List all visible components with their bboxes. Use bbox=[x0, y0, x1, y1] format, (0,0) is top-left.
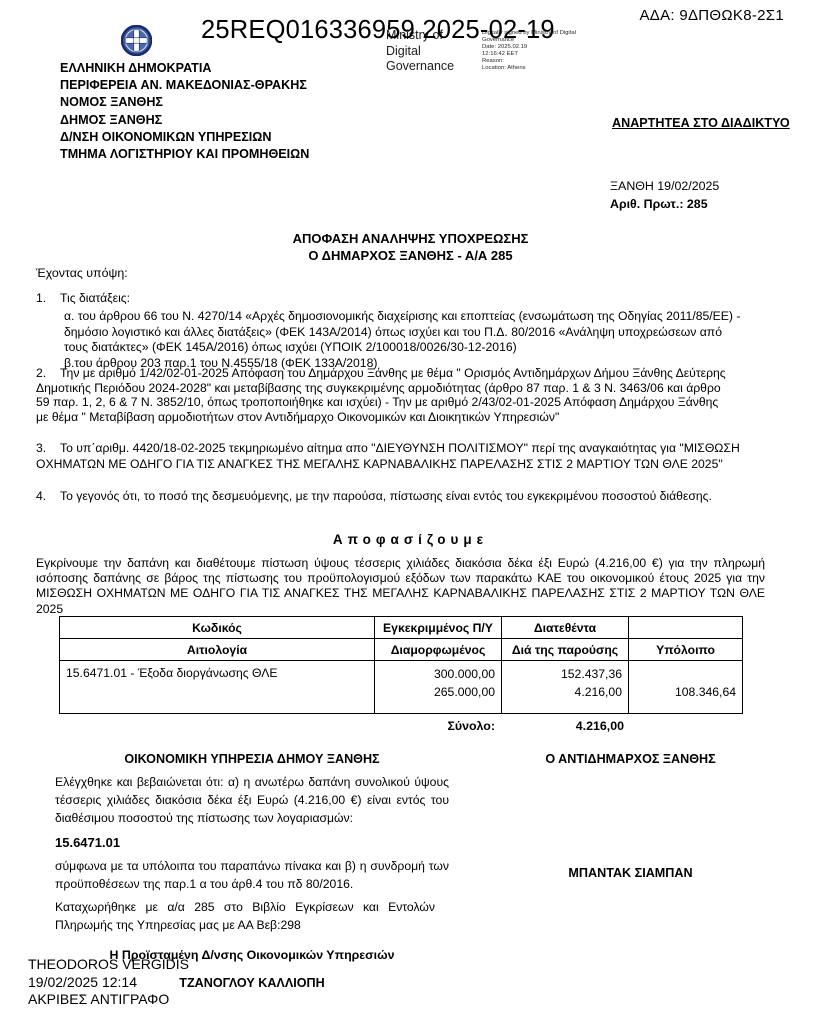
document-title: ΑΠΟΦΑΣΗ ΑΝΑΛΗΨΗΣ ΥΠΟΧΡΕΩΣΗΣ Ο ΔΗΜΑΡΧΟΣ Ξ… bbox=[0, 231, 821, 264]
place-and-date: ΞΑΝΘΗ 19/02/2025 bbox=[610, 179, 719, 193]
deputy-mayor-title: Ο ΑΝΤΙΔΗΜΑΡΧΟΣ ΞΑΝΘΗΣ bbox=[478, 752, 783, 766]
preamble-item-number: 2. bbox=[36, 366, 60, 381]
approved-line-2: 265.000,00 bbox=[381, 684, 495, 702]
document-title-line1: ΑΠΟΦΑΣΗ ΑΝΑΛΗΨΗΣ ΥΠΟΧΡΕΩΣΗΣ bbox=[0, 231, 821, 248]
preamble-item-4: 4.Το γεγονός ότι, το ποσό της δεσμευόμεν… bbox=[36, 489, 781, 503]
org-line: ΝΟΜΟΣ ΞΑΝΘΗΣ bbox=[60, 94, 309, 111]
preamble-intro: Έχοντας υπόψη: bbox=[36, 266, 128, 280]
header-by-present: Διά της παρούσης bbox=[502, 639, 629, 661]
total-value: 4.216,00 bbox=[501, 719, 628, 733]
account-code: 15.6471.01 bbox=[55, 835, 449, 850]
header-justification: Αιτιολογία bbox=[60, 639, 375, 661]
org-line: ΤΜΗΜΑ ΛΟΓΙΣΤΗΡΙΟΥ ΚΑΙ ΠΡΟΜΗΘΕΙΩΝ bbox=[60, 146, 309, 163]
org-line: ΔΗΜΟΣ ΞΑΝΘΗΣ bbox=[60, 112, 309, 129]
disbursed-line-1: 152.437,36 bbox=[508, 666, 622, 684]
preamble-item-number: 1. bbox=[36, 291, 60, 305]
preamble-item-text: Τις διατάξεις: bbox=[60, 291, 130, 305]
header-approved-budget: Εγκεκριμμένος Π/Υ bbox=[375, 617, 502, 639]
financial-service-block: ΟΙΚΟΝΟΜΙΚΗ ΥΠΗΡΕΣΙΑ ΔΗΜΟΥ ΞΑΝΘΗΣ Ελέγχθη… bbox=[55, 752, 449, 990]
deputy-mayor-block: Ο ΑΝΤΙΔΗΜΑΡΧΟΣ ΞΑΝΘΗΣ ΜΠΑΝΤΑΚ ΣΙΑΜΠΑΝ bbox=[478, 752, 783, 880]
org-line: ΕΛΛΗΝΙΚΗ ΔΗΜΟΚΡΑΤΙΑ bbox=[60, 60, 309, 77]
header-disbursed: Διατεθέντα bbox=[502, 617, 629, 639]
verification-paragraph-1: Ελέγχθηκε και βεβαιώνεται ότι: α) η ανωτ… bbox=[55, 773, 449, 827]
copy-label: ΑΚΡΙΒΕΣ ΑΝΤΙΓΡΑΦΟ bbox=[28, 991, 189, 1009]
document-number: 25REQ016336959 2025-02-19 bbox=[201, 16, 555, 45]
preamble-item-number: 4. bbox=[36, 489, 60, 503]
preamble-item-3: 3.Το υπ΄αριθμ. 4420/18-02-2025 τεκμηριωμ… bbox=[36, 440, 742, 472]
preamble-item-2: 2.Την με αριθμό 1/42/02-01-2025 Απόφαση … bbox=[36, 366, 731, 425]
budget-table: Κωδικός Εγκεκριμμένος Π/Υ Διατεθέντα Αιτ… bbox=[59, 616, 743, 714]
signature-org-line: Governance bbox=[386, 59, 478, 75]
cell-code: 15.6471.01 - Έξοδα διοργάνωσης ΘΛΕ bbox=[60, 661, 375, 714]
signature-org-line: Digital bbox=[386, 44, 478, 60]
deputy-mayor-name: ΜΠΑΝΤΑΚ ΣΙΑΜΠΑΝ bbox=[478, 866, 783, 880]
cell-approved: 300.000,00 265.000,00 bbox=[375, 661, 502, 714]
approved-line-1: 300.000,00 bbox=[381, 666, 495, 684]
header-balance: Υπόλοιπο bbox=[629, 639, 743, 661]
preamble-subitem-a: α. του άρθρου 66 του Ν. 4270/14 «Αρχές δ… bbox=[64, 309, 742, 356]
total-label: Σύνολο: bbox=[374, 719, 501, 733]
disbursed-line-2: 4.216,00 bbox=[508, 684, 622, 702]
table-total-row: Σύνολο: 4.216,00 bbox=[59, 719, 742, 733]
web-posting-note: ΑΝΑΡΤΗΤΕΑ ΣΤΟ ΔΙΑΔΙΚΤΥΟ bbox=[612, 116, 790, 130]
signature-date: Date: 2025.02.19 bbox=[482, 44, 582, 51]
financial-service-title: ΟΙΚΟΝΟΜΙΚΗ ΥΠΗΡΕΣΙΑ ΔΗΜΟΥ ΞΑΝΘΗΣ bbox=[55, 752, 449, 766]
decision-heading: Αποφασίζουμε bbox=[0, 532, 821, 547]
header-empty bbox=[629, 617, 743, 639]
document-page: ΑΔΑ: 9ΔΠΘΩΚ8-2Σ1 25REQ016336959 2025-02-… bbox=[0, 0, 821, 1024]
issuing-org-block: ΕΛΛΗΝΙΚΗ ΔΗΜΟΚΡΑΤΙΑ ΠΕΡΙΦΕΡΕΙΑ ΑΝ. ΜΑΚΕΔ… bbox=[60, 60, 309, 163]
preamble-item-text: Την με αριθμό 1/42/02-01-2025 Απόφαση το… bbox=[36, 366, 726, 424]
table-header-row-1: Κωδικός Εγκεκριμμένος Π/Υ Διατεθέντα bbox=[60, 617, 743, 639]
header-formed: Διαμορφωμένος bbox=[375, 639, 502, 661]
table-header-row-2: Αιτιολογία Διαμορφωμένος Διά της παρούση… bbox=[60, 639, 743, 661]
cell-disbursed: 152.437,36 4.216,00 bbox=[502, 661, 629, 714]
preamble-item-1: 1.Τις διατάξεις: bbox=[36, 291, 130, 305]
decision-paragraph: Εγκρίνουμε την δαπάνη και διαθέτουμε πίσ… bbox=[36, 556, 765, 617]
balance-value: 108.346,64 bbox=[635, 684, 736, 702]
preamble-item-1-subitems: α. του άρθρου 66 του Ν. 4270/14 «Αρχές δ… bbox=[64, 309, 742, 371]
certified-copy-stamp: THEODOROS VERGIDIS 19/02/2025 12:14 ΑΚΡΙ… bbox=[28, 956, 189, 1009]
header-code: Κωδικός bbox=[60, 617, 375, 639]
registration-note: Καταχωρήθηκε με α/α 285 στο Βιβλίο Εγκρί… bbox=[55, 898, 435, 934]
org-line: ΠΕΡΙΦΕΡΕΙΑ ΑΝ. ΜΑΚΕΔΟΝΙΑΣ-ΘΡΑΚΗΣ bbox=[60, 77, 309, 94]
table-row: 15.6471.01 - Έξοδα διοργάνωσης ΘΛΕ 300.0… bbox=[60, 661, 743, 714]
signature-reason: Reason: bbox=[482, 58, 582, 65]
copy-datetime: 19/02/2025 12:14 bbox=[28, 974, 189, 992]
greek-emblem-icon bbox=[121, 25, 152, 56]
preamble-item-text: Το υπ΄αριθμ. 4420/18-02-2025 τεκμηριωμέν… bbox=[36, 441, 740, 471]
verification-paragraph-2: σύμφωνα με τα υπόλοιπα του παραπάνω πίνα… bbox=[55, 857, 449, 893]
ada-code: ΑΔΑ: 9ΔΠΘΩΚ8-2Σ1 bbox=[639, 7, 784, 24]
preamble-item-text: Το γεγονός ότι, το ποσό της δεσμευόμενης… bbox=[60, 489, 712, 503]
balance-blank-line bbox=[635, 666, 736, 684]
cell-balance: 108.346,64 bbox=[629, 661, 743, 714]
copy-signer-name: THEODOROS VERGIDIS bbox=[28, 956, 189, 974]
signature-location: Location: Athens bbox=[482, 65, 582, 72]
document-title-line2: Ο ΔΗΜΑΡΧΟΣ ΞΑΝΘΗΣ - Α/Α 285 bbox=[0, 248, 821, 265]
preamble-item-number: 3. bbox=[36, 440, 60, 456]
org-line: Δ/ΝΣΗ ΟΙΚΟΝΟΜΙΚΩΝ ΥΠΗΡΕΣΙΩΝ bbox=[60, 129, 309, 146]
protocol-number: Αριθ. Πρωτ.: 285 bbox=[610, 197, 708, 211]
signature-time: 12:16:42 EET bbox=[482, 51, 582, 58]
